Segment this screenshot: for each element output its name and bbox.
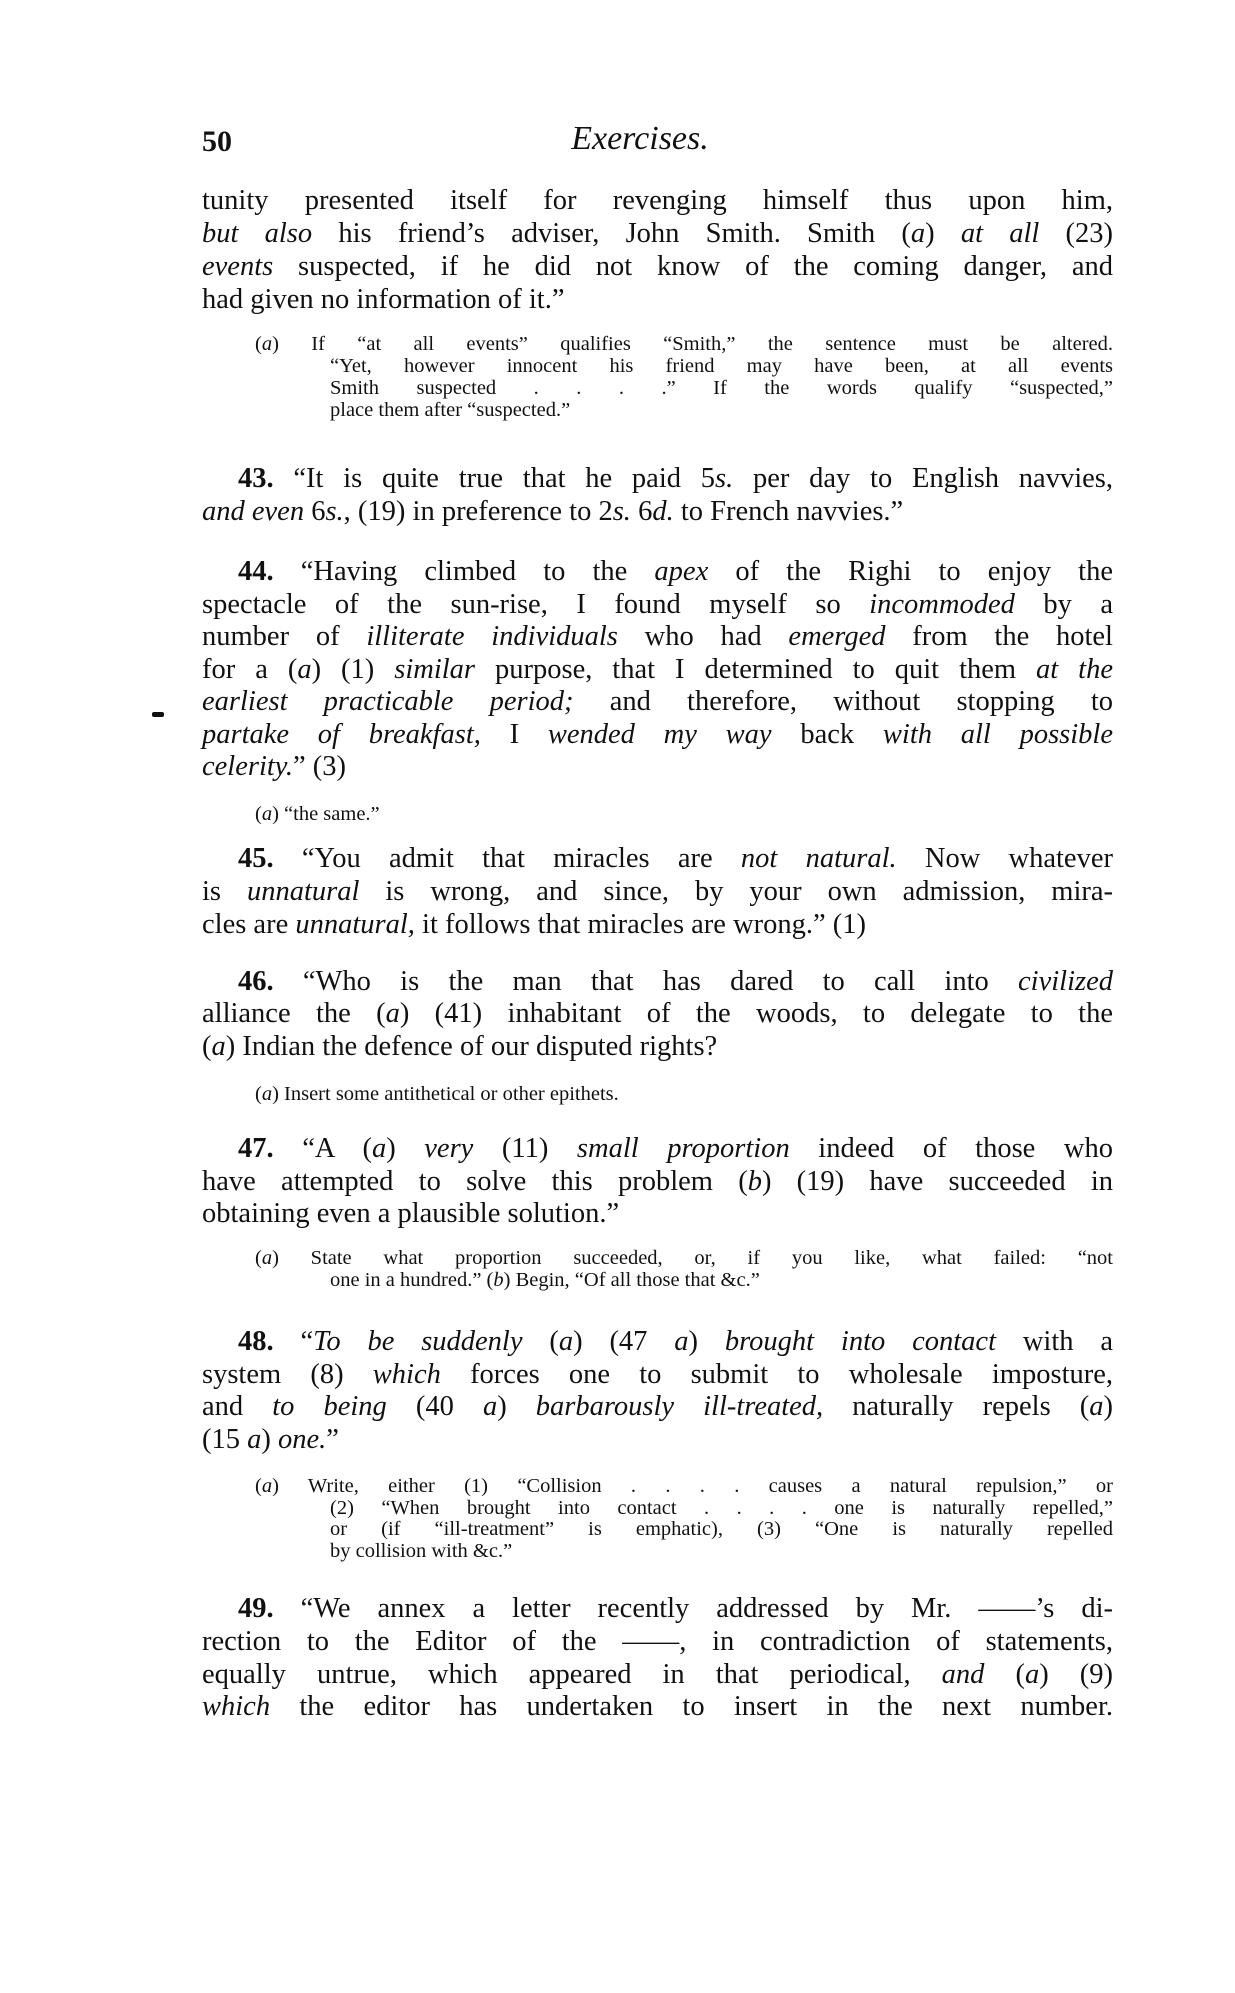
italic-text: a xyxy=(262,1475,272,1497)
footnote-line: “Yet, however innocent his friend may ha… xyxy=(330,355,1113,378)
text: indeed of those who xyxy=(790,1133,1113,1164)
text: (15 xyxy=(202,1424,247,1455)
text: ) (41) inhabitant of the woods, to deleg… xyxy=(400,998,1113,1029)
paragraph-line: and to being (40 a) barbarously ill-trea… xyxy=(202,1391,1113,1423)
text: ( xyxy=(255,1083,262,1105)
italic-text: wended my way xyxy=(548,719,772,750)
text: “Having climbed to the xyxy=(274,556,655,587)
italic-text: which xyxy=(373,1359,441,1390)
text: number of xyxy=(202,621,366,652)
text: cles are xyxy=(202,909,295,940)
paragraph-line: number of illiterate individuals who had… xyxy=(202,621,1113,653)
text: of the Righi to enjoy the xyxy=(708,556,1113,587)
text: Smith suspected . . . .” If the words qu… xyxy=(330,377,1113,399)
italic-text: and xyxy=(942,1659,985,1690)
text: ( xyxy=(202,1031,212,1062)
italic-text: civilized xyxy=(1018,966,1113,997)
paragraph-line: celerity.” (3) xyxy=(202,751,1113,783)
italic-text: to being xyxy=(272,1391,387,1422)
text: “Who is the man that has dared to call i… xyxy=(274,966,1018,997)
footnote-line: (2) “When brought into contact . . . . o… xyxy=(330,1497,1113,1520)
text: one in a hundred.” ( xyxy=(330,1269,493,1291)
italic-text: a xyxy=(1025,1659,1039,1690)
text: Now whatever xyxy=(897,843,1113,874)
exercise-number: 43. xyxy=(238,463,274,494)
text: ( xyxy=(255,333,262,355)
text: 6 xyxy=(631,496,652,527)
footnote-line: Smith suspected . . . .” If the words qu… xyxy=(330,377,1113,400)
text: by collision with &c.” xyxy=(330,1540,512,1562)
italic-text: a xyxy=(372,1133,386,1164)
text: naturally repels ( xyxy=(823,1391,1089,1422)
footnote-line: place them after “suspected.” xyxy=(330,399,1113,422)
footnote-line: or (if “ill-treatment” is emphatic), (3)… xyxy=(330,1518,1113,1541)
text: “ xyxy=(274,1326,314,1357)
italic-text: partake of breakfast, xyxy=(202,719,481,750)
italic-text: illiterate individuals xyxy=(366,621,618,652)
paragraph-line: which the editor has undertaken to inser… xyxy=(202,1691,1113,1723)
italic-text: To be suddenly xyxy=(313,1326,522,1357)
text: had given no information of it.” xyxy=(202,284,565,315)
paragraph-line: 46. “Who is the man that has dared to ca… xyxy=(238,966,1113,998)
footnote-line: (a) Write, either (1) “Collision . . . .… xyxy=(255,1475,1113,1498)
text: back xyxy=(772,719,883,750)
text: (40 xyxy=(387,1391,483,1422)
italic-text: s. xyxy=(325,496,343,527)
text: alliance the ( xyxy=(202,998,386,1029)
italic-text: a xyxy=(262,1247,272,1269)
paragraph-line: (a) Indian the defence of our disputed r… xyxy=(202,1031,1113,1063)
footnote-line: (a) State what proportion succeeded, or,… xyxy=(255,1247,1113,1270)
text: the editor has undertaken to insert in t… xyxy=(270,1691,1113,1722)
paragraph-line: for a (a) (1) similar purpose, that I de… xyxy=(202,654,1113,686)
text: ) xyxy=(689,1326,725,1357)
book-page: 50 Exercises. tunity presented itself fo… xyxy=(0,0,1235,1993)
text: (23) xyxy=(1039,218,1113,249)
text: suspected, if he did not know of the com… xyxy=(273,251,1113,282)
text: by a xyxy=(1015,589,1113,620)
footnote-line: (a) “the same.” xyxy=(255,803,1113,826)
text: ) Write, either (1) “Collision . . . . c… xyxy=(272,1475,1113,1497)
paragraph-line: 47. “A (a) very (11) small proportion in… xyxy=(238,1133,1113,1165)
italic-text: and even xyxy=(202,496,304,527)
text: equally untrue, which appeared in that p… xyxy=(202,1659,942,1690)
text: ( xyxy=(984,1659,1025,1690)
text: ) xyxy=(497,1391,536,1422)
italic-text: small proportion xyxy=(577,1133,790,1164)
paragraph-line: and even 6s., (19) in preference to 2s. … xyxy=(202,496,1113,528)
text: I xyxy=(481,719,548,750)
footnote-line: (a) If “at all events” qualifies “Smith,… xyxy=(255,333,1113,356)
paragraph-line: alliance the (a) (41) inhabitant of the … xyxy=(202,998,1113,1030)
paragraph-line: but also his friend’s adviser, John Smit… xyxy=(202,218,1113,250)
italic-text: a xyxy=(297,654,311,685)
text: ) If “at all events” qualifies “Smith,” … xyxy=(272,333,1113,355)
paragraph-line: 49. “We annex a letter recently addresse… xyxy=(238,1593,1113,1625)
italic-text: earliest practicable period; xyxy=(202,686,574,717)
italic-text: brought into contact xyxy=(725,1326,996,1357)
text: rection to the Editor of the ——, in cont… xyxy=(202,1626,1113,1657)
italic-text: a xyxy=(262,1083,272,1105)
text: his friend’s adviser, John Smith. Smith … xyxy=(312,218,911,249)
italic-text: barbarously ill-treated, xyxy=(536,1391,823,1422)
text: (11) xyxy=(473,1133,577,1164)
paragraph-line: partake of breakfast, I wended my way ba… xyxy=(202,719,1113,751)
text: system (8) xyxy=(202,1359,373,1390)
exercise-number: 46. xyxy=(238,966,274,997)
italic-text: a xyxy=(674,1326,688,1357)
text: spectacle of the sun-rise, I found mysel… xyxy=(202,589,869,620)
italic-text: a xyxy=(483,1391,497,1422)
text: 6 xyxy=(304,496,325,527)
text: ) xyxy=(261,1424,278,1455)
paragraph-line: (15 a) one.” xyxy=(202,1424,1113,1456)
text: and therefore, without stopping to xyxy=(574,686,1113,717)
paragraph-line: tunity presented itself for revenging hi… xyxy=(202,185,1113,217)
text: ) (47 xyxy=(573,1326,674,1357)
text: ) xyxy=(925,218,961,249)
paragraph-line: 45. “You admit that miracles are not nat… xyxy=(238,843,1113,875)
italic-text: s. xyxy=(715,463,733,494)
italic-text: unnatural, xyxy=(295,909,415,940)
text: ) State what proportion succeeded, or, i… xyxy=(272,1247,1113,1269)
text: (2) “When brought into contact . . . . o… xyxy=(330,1497,1113,1519)
text: purpose, that I determined to quit them xyxy=(475,654,1036,685)
text: ) (1) xyxy=(312,654,395,685)
paragraph-line: 43. “It is quite true that he paid 5s. p… xyxy=(238,463,1113,495)
text: ( xyxy=(255,1475,262,1497)
italic-text: b xyxy=(493,1269,503,1291)
text: place them after “suspected.” xyxy=(330,399,570,421)
text: tunity presented itself for revenging hi… xyxy=(202,185,1113,216)
text: to French navvies.” xyxy=(674,496,904,527)
text: ( xyxy=(255,803,262,825)
italic-text: s. xyxy=(613,496,631,527)
text: with a xyxy=(996,1326,1113,1357)
text: ) (19) have succeeded in xyxy=(762,1166,1113,1197)
text: is xyxy=(202,876,247,907)
italic-text: which xyxy=(202,1691,270,1722)
italic-text: similar xyxy=(394,654,475,685)
text: ( xyxy=(255,1247,262,1269)
italic-text: but also xyxy=(202,218,312,249)
italic-text: at all xyxy=(961,218,1039,249)
text: ) “the same.” xyxy=(272,803,380,825)
paragraph-line: have attempted to solve this problem (b)… xyxy=(202,1166,1113,1198)
text: have attempted to solve this problem ( xyxy=(202,1166,748,1197)
paragraph-line: 48. “To be suddenly (a) (47 a) brought i… xyxy=(238,1326,1113,1358)
paragraph-line: rection to the Editor of the ——, in cont… xyxy=(202,1626,1113,1658)
text: ) xyxy=(1103,1391,1113,1422)
text: or (if “ill-treatment” is emphatic), (3)… xyxy=(330,1518,1113,1540)
italic-text: a xyxy=(1089,1391,1103,1422)
italic-text: unnatural xyxy=(247,876,359,907)
text: forces one to submit to wholesale impost… xyxy=(441,1359,1113,1390)
italic-text: a xyxy=(386,998,400,1029)
paragraph-line: events suspected, if he did not know of … xyxy=(202,251,1113,283)
text: “You admit that miracles are xyxy=(274,843,741,874)
text: ) Begin, “Of all those that &c.” xyxy=(504,1269,760,1291)
paragraph-line: had given no information of it.” xyxy=(202,284,1113,316)
italic-text: apex xyxy=(654,556,708,587)
exercise-number: 45. xyxy=(238,843,274,874)
text: who had xyxy=(618,621,789,652)
text: “A ( xyxy=(274,1133,372,1164)
paragraph-line: cles are unnatural, it follows that mira… xyxy=(202,909,1113,941)
text: it follows that miracles are wrong.” (1) xyxy=(415,909,866,940)
text: ) (9) xyxy=(1039,1659,1113,1690)
italic-text: one. xyxy=(278,1424,326,1455)
paragraph-line: spectacle of the sun-rise, I found mysel… xyxy=(202,589,1113,621)
exercise-number: 47. xyxy=(238,1133,274,1164)
paragraph-line: earliest practicable period; and therefo… xyxy=(202,686,1113,718)
italic-text: a xyxy=(212,1031,226,1062)
italic-text: with all possible xyxy=(883,719,1113,750)
running-title: Exercises. xyxy=(0,120,1235,158)
text: “Yet, however innocent his friend may ha… xyxy=(330,355,1113,377)
text: ) Indian the defence of our disputed rig… xyxy=(226,1031,717,1062)
footnote-line: one in a hundred.” (b) Begin, “Of all th… xyxy=(330,1269,1113,1292)
italic-text: a xyxy=(262,333,272,355)
exercise-number: 48. xyxy=(238,1326,274,1357)
text: per day to English navvies, xyxy=(733,463,1113,494)
text: from the hotel xyxy=(886,621,1113,652)
text: ( xyxy=(523,1326,559,1357)
text: and xyxy=(202,1391,272,1422)
paragraph-line: is unnatural is wrong, and since, by you… xyxy=(202,876,1113,908)
italic-text: a xyxy=(262,803,272,825)
text: , (19) in preference to 2 xyxy=(344,496,613,527)
italic-text: a xyxy=(559,1326,573,1357)
italic-text: a xyxy=(247,1424,261,1455)
text: ” (3) xyxy=(293,751,346,782)
margin-mark xyxy=(152,712,164,717)
italic-text: incommoded xyxy=(869,589,1015,620)
text: for a ( xyxy=(202,654,297,685)
footnote-line: by collision with &c.” xyxy=(330,1540,1113,1563)
text: is wrong, and since, by your own admissi… xyxy=(359,876,1113,907)
italic-text: celerity. xyxy=(202,751,293,782)
exercise-number: 49. xyxy=(238,1593,274,1624)
italic-text: at the xyxy=(1036,654,1113,685)
paragraph-line: equally untrue, which appeared in that p… xyxy=(202,1659,1113,1691)
text: ) Insert some antithetical or other epit… xyxy=(272,1083,619,1105)
italic-text: not natural. xyxy=(741,843,897,874)
italic-text: very xyxy=(424,1133,473,1164)
text: obtaining even a plausible solution.” xyxy=(202,1198,619,1229)
italic-text: d. xyxy=(652,496,673,527)
text: “We annex a letter recently addressed by… xyxy=(274,1593,1113,1624)
italic-text: events xyxy=(202,251,273,282)
exercise-number: 44. xyxy=(238,556,274,587)
italic-text: b xyxy=(748,1166,762,1197)
footnote-line: (a) Insert some antithetical or other ep… xyxy=(255,1083,1113,1106)
text: ) xyxy=(386,1133,424,1164)
text: ” xyxy=(326,1424,339,1455)
text: “It is quite true that he paid 5 xyxy=(274,463,715,494)
italic-text: emerged xyxy=(788,621,885,652)
paragraph-line: system (8) which forces one to submit to… xyxy=(202,1359,1113,1391)
italic-text: a xyxy=(911,218,925,249)
paragraph-line: 44. “Having climbed to the apex of the R… xyxy=(238,556,1113,588)
paragraph-line: obtaining even a plausible solution.” xyxy=(202,1198,1113,1230)
